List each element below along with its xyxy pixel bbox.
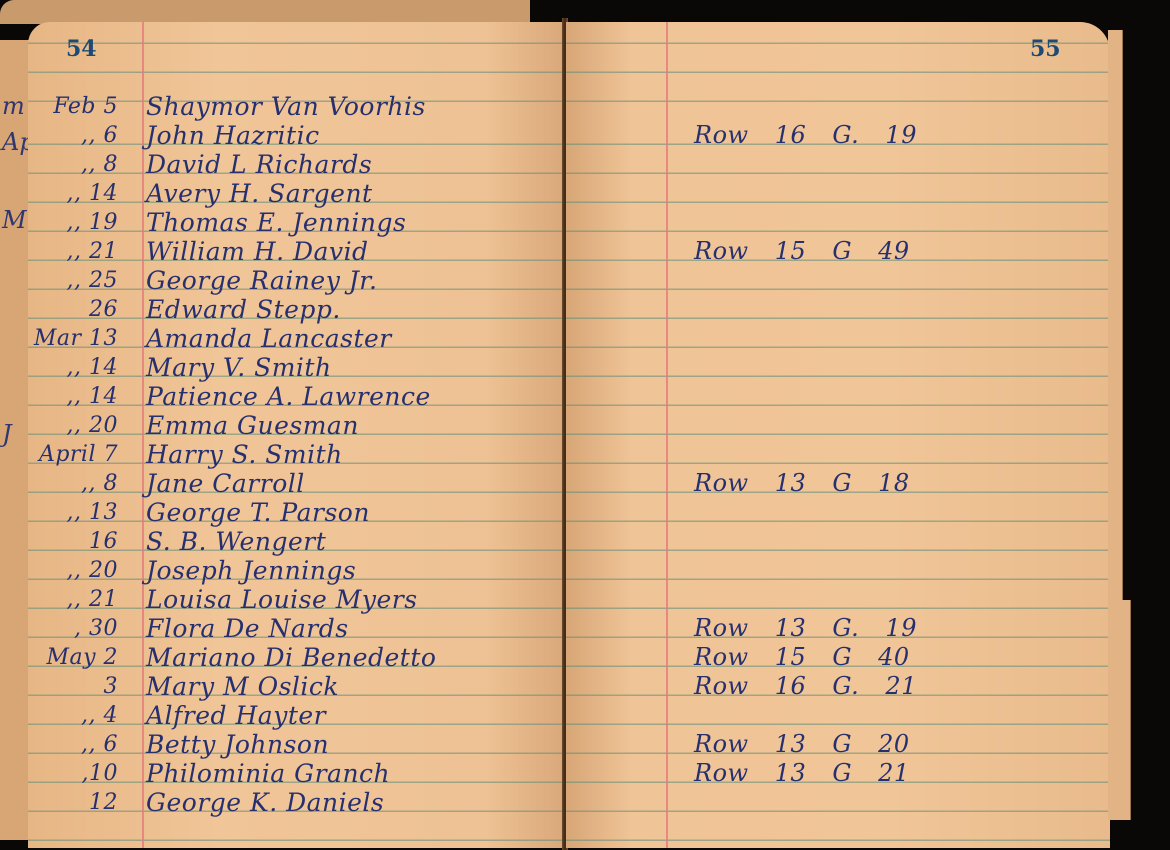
entry-name: Joseph Jennings [146,556,356,585]
book-top-edge [0,0,530,24]
ledger-entry: , 30Flora De Nards [28,614,566,643]
entry-name: John Hazritic [146,121,320,150]
right-page: 55 Row 16 G. 19Row 15 G 49Row 13 G 18Row… [566,22,1110,848]
entry-date: ,, 13 [28,498,118,527]
ledger-entry: ,, 25George Rainey Jr. [28,266,566,295]
entry-name: George Rainey Jr. [146,266,377,295]
entry-date: ,, 6 [28,730,118,759]
prev-page-mark: M [2,206,27,234]
grave-location-entry: Row 13 G 18 [566,469,1110,498]
grave-location-entry: Row 16 G. 21 [566,672,1110,701]
ledger-entry: 12George K. Daniels [28,788,566,817]
entry-name: Louisa Louise Myers [146,585,418,614]
ledger-entry: ,, 21Louisa Louise Myers [28,585,566,614]
ledger-entry: ,, 8Jane Carroll [28,469,566,498]
grave-location-entry: Row 15 G 40 [566,643,1110,672]
entry-name: Mary M Oslick [146,672,339,701]
entry-name: George T. Parson [146,498,370,527]
entry-date: ,, 21 [28,585,118,614]
page-number: 54 [66,36,97,62]
entry-name: David L Richards [146,150,372,179]
entry-name: Emma Guesman [146,411,359,440]
entry-name: William H. David [146,237,369,266]
ledger-entry: ,10Philominia Granch [28,759,566,788]
ledger-entry: Mar 13Amanda Lancaster [28,324,566,353]
row-grave-text: Row 13 G 20 [694,730,910,759]
entry-name: Jane Carroll [146,469,305,498]
grave-location-entry: Row 13 G. 19 [566,614,1110,643]
ledger-entry: ,, 14Patience A. Lawrence [28,382,566,411]
grave-location-entry: Row 13 G 20 [566,730,1110,759]
ledger-entry: ,, 19Thomas E. Jennings [28,208,566,237]
prev-page-mark: m [2,92,25,120]
ledger-entry: May 2Mariano Di Benedetto [28,643,566,672]
ledger-entry: ,, 6John Hazritic [28,121,566,150]
entry-date: ,, 20 [28,556,118,585]
page-edge-tab [1108,600,1131,820]
entry-date: ,, 14 [28,353,118,382]
entry-date: May 2 [28,643,118,672]
entry-date: ,, 6 [28,121,118,150]
entry-name: Amanda Lancaster [146,324,392,353]
row-grave-text: Row 13 G 18 [694,469,910,498]
ledger-entry: ,, 8David L Richards [28,150,566,179]
entry-name: Flora De Nards [146,614,349,643]
ledger-entry: ,, 14Mary V. Smith [28,353,566,382]
ledger-entry: ,, 21William H. David [28,237,566,266]
ledger-entry: 16S. B. Wengert [28,527,566,556]
entry-name: Thomas E. Jennings [146,208,406,237]
entry-date: ,, 21 [28,237,118,266]
entry-name: Philominia Granch [146,759,390,788]
entry-name: Avery H. Sargent [146,179,373,208]
entry-date: ,, 25 [28,266,118,295]
entry-date: ,, 19 [28,208,118,237]
row-grave-text: Row 13 G 21 [694,759,910,788]
entry-name: Patience A. Lawrence [146,382,431,411]
row-grave-text: Row 15 G 49 [694,237,910,266]
ledger-entry: 3Mary M Oslick [28,672,566,701]
entry-date: ,, 8 [28,469,118,498]
row-grave-text: Row 16 G. 21 [694,672,917,701]
ledger-entry: ,, 13George T. Parson [28,498,566,527]
entry-date: 12 [28,788,118,817]
entry-name: Shaymor Van Voorhis [146,92,426,121]
entry-date: ,10 [28,759,118,788]
entry-date: ,, 8 [28,150,118,179]
entry-date: Feb 5 [28,92,118,121]
entry-name: Edward Stepp. [146,295,341,324]
page-number: 55 [1030,36,1061,62]
page-edge-tab [1108,30,1123,620]
entry-date: 3 [28,672,118,701]
entry-name: Mariano Di Benedetto [146,643,436,672]
entry-name: Alfred Hayter [146,701,326,730]
entry-name: Mary V. Smith [146,353,332,382]
entry-date: April 7 [28,440,118,469]
entry-name: Betty Johnson [146,730,329,759]
grave-location-entry: Row 15 G 49 [566,237,1110,266]
entry-date: ,, 14 [28,382,118,411]
grave-location-entry: Row 16 G. 19 [566,121,1110,150]
ledger-entry: ,, 4Alfred Hayter [28,701,566,730]
ledger-entry: ,, 20Emma Guesman [28,411,566,440]
entry-date: 26 [28,295,118,324]
ledger-entry: ,, 14Avery H. Sargent [28,179,566,208]
entry-name: George K. Daniels [146,788,384,817]
ledger-entry: ,, 20Joseph Jennings [28,556,566,585]
row-grave-text: Row 13 G. 19 [694,614,917,643]
prev-page-mark: J [2,420,12,448]
entry-name: S. B. Wengert [146,527,326,556]
entry-date: 16 [28,527,118,556]
entry-date: ,, 14 [28,179,118,208]
row-grave-text: Row 16 G. 19 [694,121,917,150]
row-grave-text: Row 15 G 40 [694,643,910,672]
entry-date: , 30 [28,614,118,643]
entry-date: ,, 20 [28,411,118,440]
ledger-entry: April 7Harry S. Smith [28,440,566,469]
left-page: 54 Feb 5Shaymor Van Voorhis,, 6John Hazr… [28,22,566,848]
entry-date: ,, 4 [28,701,118,730]
entry-name: Harry S. Smith [146,440,343,469]
ledger-entry: ,, 6Betty Johnson [28,730,566,759]
ledger-entry: 26Edward Stepp. [28,295,566,324]
grave-location-entry: Row 13 G 21 [566,759,1110,788]
entry-date: Mar 13 [28,324,118,353]
ledger-entry: Feb 5Shaymor Van Voorhis [28,92,566,121]
